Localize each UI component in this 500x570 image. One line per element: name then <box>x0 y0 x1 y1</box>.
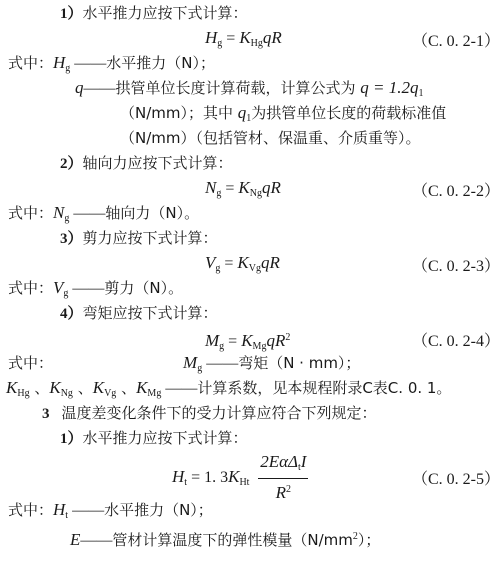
heading-horizontal-thrust-temperature: 1）水平推力应按下式计算： <box>60 428 248 449</box>
definition-ht: 式中：Ht ——水平推力（N）； <box>8 500 213 526</box>
heading-horizontal-thrust: 1）水平推力应按下式计算： <box>60 3 248 24</box>
definition-e: E——管材计算温度下的弹性模量（N/mm2）； <box>70 527 380 551</box>
definition-hg: 式中：Hg ——水平推力（N）； <box>8 53 215 79</box>
equation-label: （C. 0. 2-1） <box>412 28 500 51</box>
definition-ng: 式中：Ng ——轴向力（N）。 <box>8 203 199 229</box>
equation-c-0-2-2: Ng = KNgqR <box>205 178 281 204</box>
heading-bending-moment: 4）弯矩应按下式计算： <box>60 303 218 324</box>
definition-q-continued: （N/mm）；其中 q1为拱管单位长度的荷载标准值 <box>120 103 446 129</box>
equation-c-0-2-3: Vg = KVgqR <box>205 253 280 279</box>
definition-mg: 式中：Mg ——弯矩（N · mm）； <box>8 353 360 379</box>
heading-shear-force: 3）剪力应按下式计算： <box>60 228 218 249</box>
section-3-heading: 3温度差变化条件下的受力计算应符合下列规定： <box>42 403 377 424</box>
equation-label: （C. 0. 2-5） <box>412 466 500 489</box>
equation-c-0-2-1: Hg = KHgqR <box>205 28 282 54</box>
equation-label: （C. 0. 2-4） <box>412 328 500 351</box>
equation-label: （C. 0. 2-2） <box>412 178 500 201</box>
definition-q-continued-2: （N/mm）（包括管材、保温重、介质重等）。 <box>120 128 421 148</box>
definition-q: q——拱管单位长度计算荷载，计算公式为 q = 1.2q1 <box>75 78 424 104</box>
fraction: 2EαΔtI R2 <box>258 452 308 504</box>
heading-axial-force: 2）轴向力应按下式计算： <box>60 153 233 174</box>
definition-vg: 式中：Vg ——剪力（N）。 <box>8 278 183 304</box>
definition-coefficients: KHg 、KNg 、KVg 、KMg ——计算系数，见本规程附录C表C. 0. … <box>6 378 451 404</box>
equation-label: （C. 0. 2-3） <box>412 253 500 276</box>
equation-c-0-2-5: Ht = 1. 3KHt 2EαΔtI R2 <box>172 452 308 505</box>
